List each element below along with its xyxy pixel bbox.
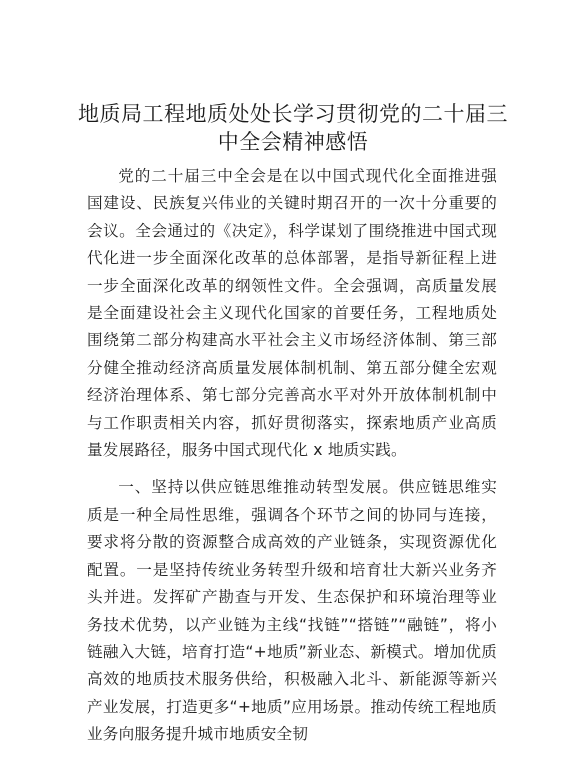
document-body: 党的二十届三中全会是在以中国式现代化全面推进强国建设、民族复兴伟业的关键时期召开…	[87, 163, 497, 749]
paragraph-intro: 党的二十届三中全会是在以中国式现代化全面推进强国建设、民族复兴伟业的关键时期召开…	[87, 163, 497, 464]
document-title: 地质局工程地质处处长学习贯彻党的二十届三 中全会精神感悟	[60, 100, 526, 156]
paragraph-section-1: 一、坚持以供应链思维推动转型发展。供应链思维实质是一种全局性思维，强调各个环节之…	[87, 474, 497, 748]
document-page: 地质局工程地质处处长学习贯彻党的二十届三 中全会精神感悟 党的二十届三中全会是在…	[0, 0, 586, 759]
title-line-1: 地质局工程地质处处长学习贯彻党的二十届三	[60, 100, 526, 128]
title-line-2: 中全会精神感悟	[60, 128, 526, 156]
